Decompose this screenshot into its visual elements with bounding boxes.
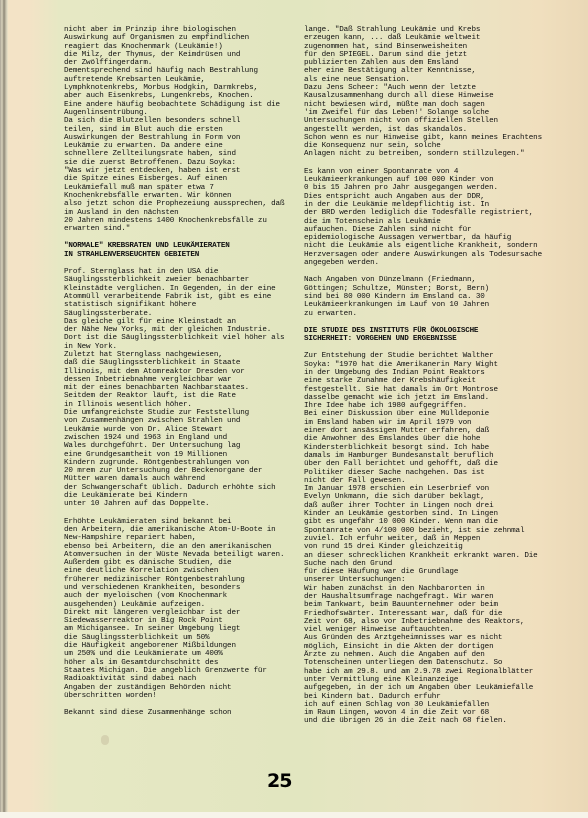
right-paragraph: Zur Entstehung der Studie berichtet Walt…	[304, 352, 542, 725]
paragraph-gap	[304, 159, 542, 168]
right-paragraph: Nach Angaben von Dünzelmann (Friedmann, …	[304, 276, 542, 317]
paragraph-gap	[304, 267, 542, 276]
left-section-heading: "NORMALE" KREBSRATEN UND LEUKÄMIERATEN I…	[64, 242, 286, 259]
right-paragraph: lange. "Daß Strahlung Leukämie und Krebs…	[304, 26, 542, 159]
ink-smudge	[101, 735, 109, 745]
right-text-column: lange. "Daß Strahlung Leukämie und Krebs…	[304, 26, 542, 726]
left-paragraph: Prof. Sternglass hat in den USA die Säug…	[64, 268, 286, 509]
right-paragraph: Es kann von einer Spontanrate von 4 Leuk…	[304, 168, 542, 268]
left-paragraph: nicht aber im Prinzip ihre biologischen …	[64, 26, 286, 233]
paragraph-gap	[304, 318, 542, 327]
left-paragraph: Bekannt sind diese Zusammenhänge schon	[64, 709, 286, 717]
left-paragraph: Erhöhte Leukämieraten sind bekannt bei d…	[64, 518, 286, 701]
paragraph-gap	[64, 700, 286, 709]
page-binding-edge	[0, 0, 8, 818]
page-bottom-edge	[0, 812, 588, 818]
paragraph-gap	[64, 509, 286, 518]
left-text-column: nicht aber im Prinzip ihre biologischen …	[64, 26, 286, 717]
right-section-heading: DIE STUDIE DES INSTITUTS FÜR ÖKOLOGISCHE…	[304, 327, 542, 344]
page-number: 25	[267, 770, 291, 792]
paragraph-gap	[304, 343, 542, 352]
paragraph-gap	[64, 259, 286, 268]
